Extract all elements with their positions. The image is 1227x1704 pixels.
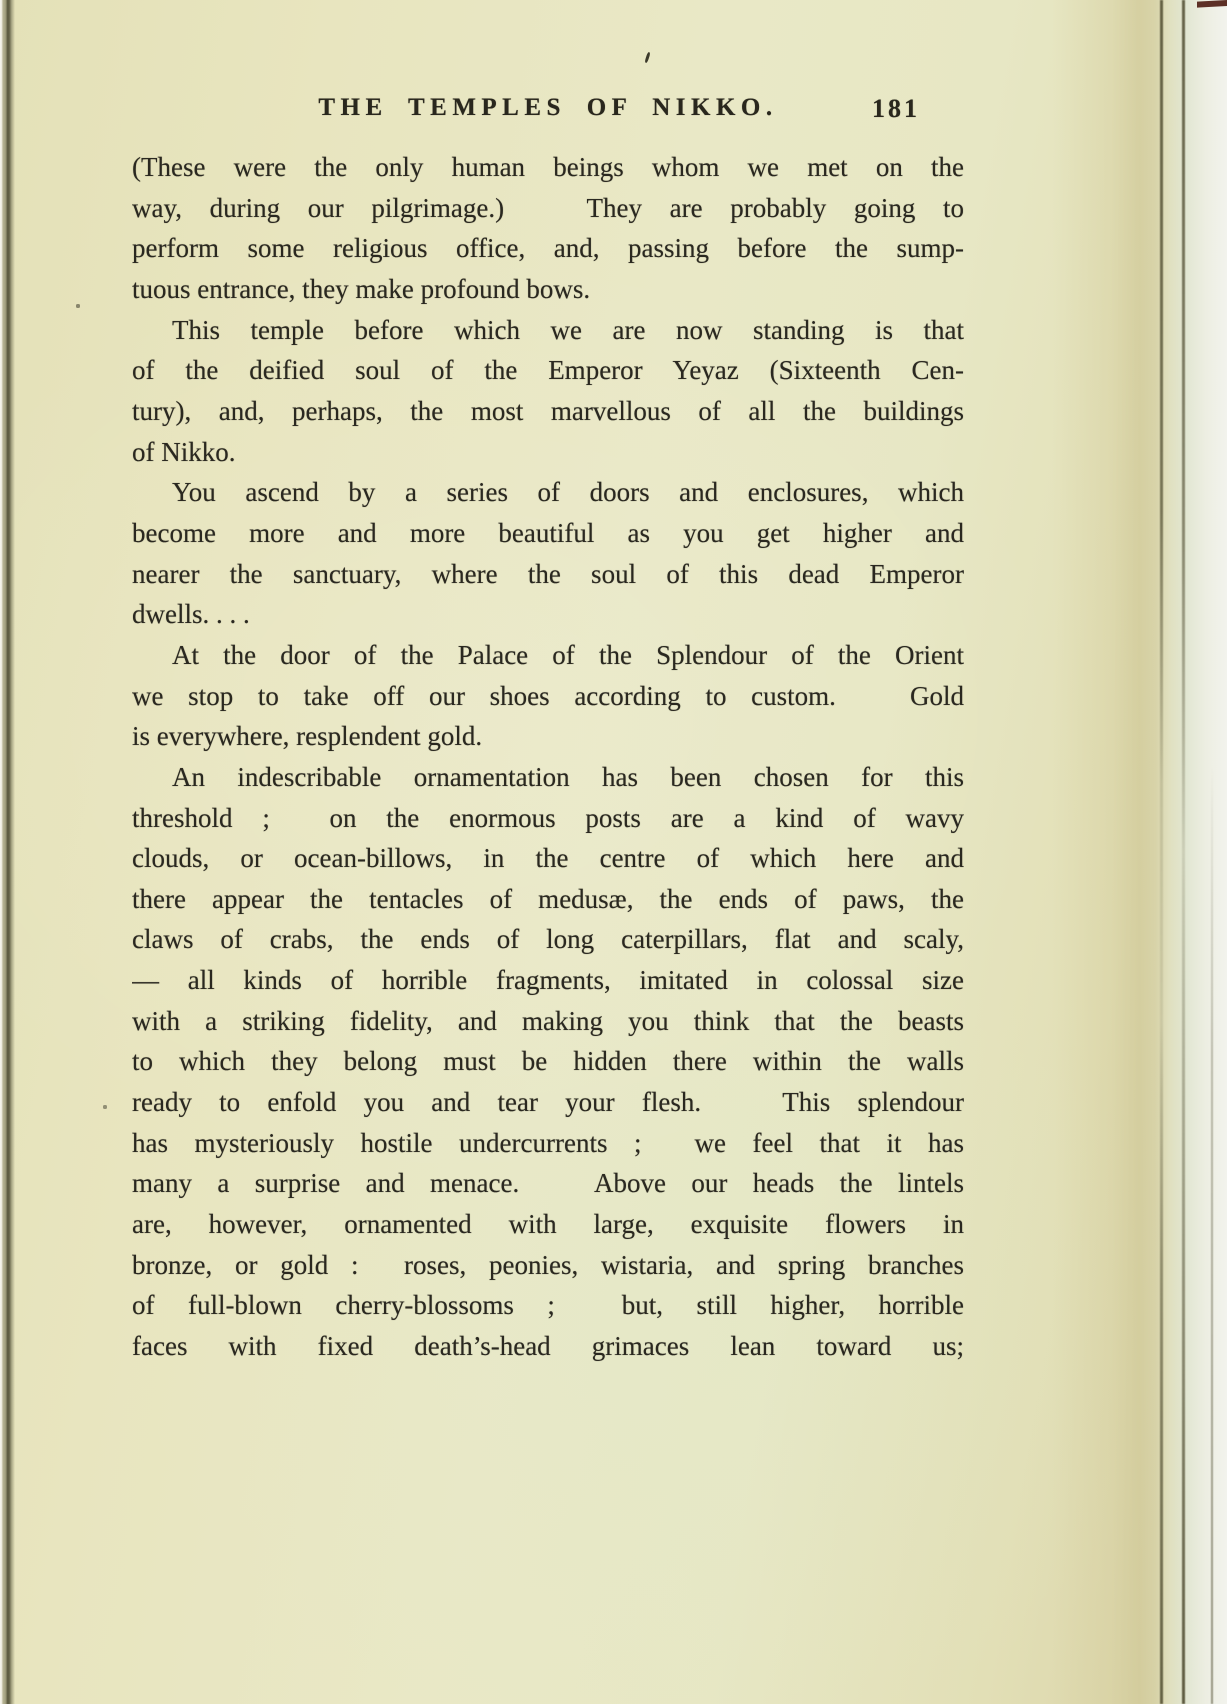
text-line: to which they belong must be hidden ther… [132, 1041, 964, 1082]
text-line: You ascend by a series of doors and encl… [132, 472, 964, 513]
paragraph: This temple before which we are now stan… [132, 310, 964, 473]
page-edge-line-1 [1160, 0, 1163, 1704]
left-binding-edge [0, 0, 15, 1704]
page-edge-line-2 [1182, 0, 1185, 1704]
text-line: are, however, ornamented with large, exq… [132, 1204, 964, 1245]
text-line: nearer the sanctuary, where the soul of … [132, 554, 964, 595]
text-line: This temple before which we are now stan… [132, 310, 964, 351]
text-line: claws of crabs, the ends of long caterpi… [132, 919, 964, 960]
page-number: 181 [872, 94, 920, 124]
text-line: threshold ; on the enormous posts are a … [132, 798, 964, 839]
text-line: perform some religious office, and, pass… [132, 228, 964, 269]
text-line: dwells. . . . [132, 594, 964, 635]
page-edge-line-3 [1211, 0, 1213, 1704]
text-line: we stop to take off our shoes according … [132, 676, 964, 717]
paragraph: (These were the only human beings whom w… [132, 147, 964, 310]
ink-speck [644, 52, 650, 63]
text-line: tury), and, perhaps, the most marvellous… [132, 391, 964, 432]
paragraph: You ascend by a series of doors and encl… [132, 472, 964, 635]
text-line: (These were the only human beings whom w… [132, 147, 964, 188]
text-line: way, during our pilgrimage.) They are pr… [132, 188, 964, 229]
page-body: (These were the only human beings whom w… [132, 147, 964, 1367]
running-title: THE TEMPLES OF NIKKO. [132, 94, 964, 122]
text-line: of the deified soul of the Emperor Yeyaz… [132, 350, 964, 391]
ink-speck [103, 1105, 107, 1109]
text-line: tuous entrance, they make profound bows. [132, 269, 964, 310]
text-line: has mysteriously hostile undercurrents ;… [132, 1123, 964, 1164]
book-page-scan: THE TEMPLES OF NIKKO. 181 (These were th… [0, 0, 1227, 1704]
ink-speck [76, 304, 80, 308]
text-line: bronze, or gold : roses, peonies, wistar… [132, 1245, 964, 1286]
right-page-edges [1052, 0, 1227, 1704]
text-line: — all kinds of horrible fragments, imita… [132, 960, 964, 1001]
text-line: with a striking fidelity, and making you… [132, 1001, 964, 1042]
page-header: THE TEMPLES OF NIKKO. 181 [132, 94, 964, 130]
text-line: An indescribable ornamentation has been … [132, 757, 964, 798]
paragraph: An indescribable ornamentation has been … [132, 757, 964, 1367]
text-line: ready to enfold you and tear your flesh.… [132, 1082, 964, 1123]
text-line: is everywhere, resplendent gold. [132, 716, 964, 757]
text-line: faces with fixed death’s-head grimaces l… [132, 1326, 964, 1367]
text-line: clouds, or ocean-billows, in the centre … [132, 838, 964, 879]
text-line: many a surprise and menace. Above our he… [132, 1163, 964, 1204]
text-line: become more and more beautiful as you ge… [132, 513, 964, 554]
paragraph: At the door of the Palace of the Splendo… [132, 635, 964, 757]
text-line: of Nikko. [132, 432, 964, 473]
text-line: of full-blown cherry-blossoms ; but, sti… [132, 1285, 964, 1326]
text-line: there appear the tentacles of medusæ, th… [132, 879, 964, 920]
text-line: At the door of the Palace of the Splendo… [132, 635, 964, 676]
